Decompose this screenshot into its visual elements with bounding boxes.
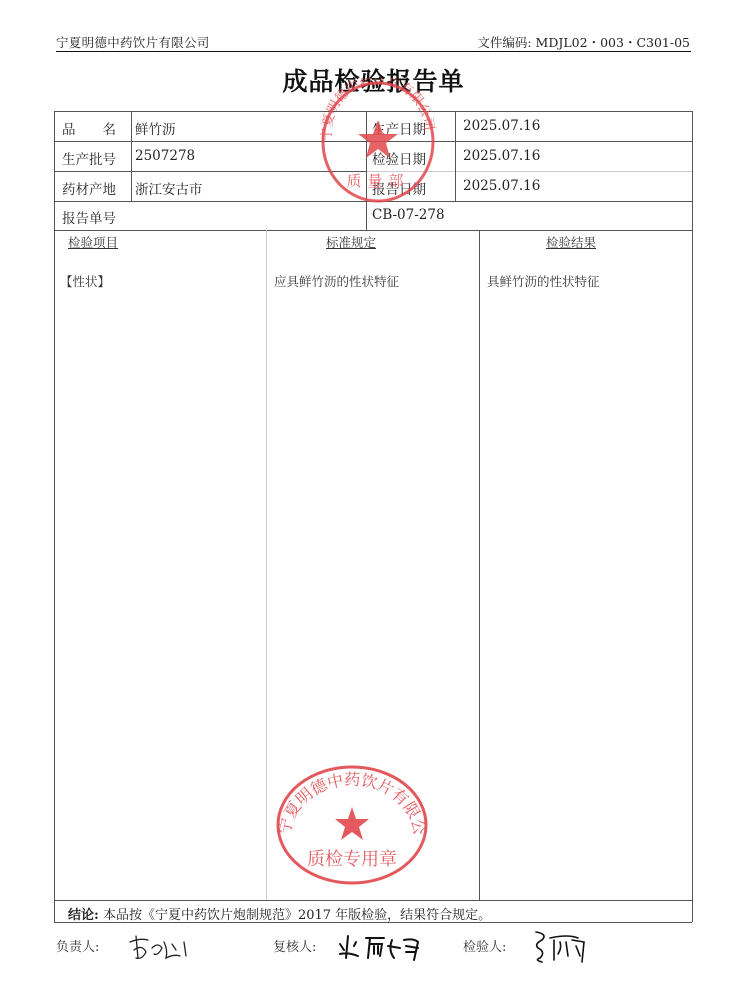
report-no-value: CB-07-278 — [372, 207, 445, 223]
reviewer-label: 复核人: — [273, 936, 316, 955]
production-date-value: 2025.07.16 — [463, 118, 540, 134]
company-name: 宁夏明德中药饮片有限公司 — [56, 33, 210, 51]
col-divider — [366, 111, 367, 230]
origin-label: 药材产地 — [62, 178, 116, 198]
reviewer-signature — [334, 928, 429, 966]
row-divider — [366, 171, 692, 172]
col-divider — [479, 230, 480, 900]
batch-value: 2507278 — [135, 148, 195, 164]
document-code-value: MDJL02・003・C301-05 — [536, 35, 690, 50]
inspector-label: 检验人: — [463, 936, 506, 955]
col-divider — [266, 230, 267, 900]
inspector-signature — [528, 928, 598, 968]
row-divider — [54, 171, 366, 172]
conclusion: 结论: 本品按《宁夏中药饮片炮制规范》2017 年版检验，结果符合规定。 — [68, 904, 491, 923]
responsible-signature — [128, 928, 198, 966]
conclusion-text: 本品按《宁夏中药饮片炮制规范》2017 年版检验，结果符合规定。 — [103, 908, 491, 923]
product-name-value: 鲜竹沥 — [135, 118, 176, 138]
responsible-label: 负责人: — [56, 936, 99, 955]
document-code-label: 文件编码: — [477, 35, 531, 50]
report-no-label: 报告单号 — [62, 207, 116, 227]
col-divider — [131, 111, 132, 201]
inspection-date-value: 2025.07.16 — [463, 148, 540, 164]
col-divider — [455, 111, 456, 201]
inspection-report-table: 品 名 鲜竹沥 生产批号 2507278 药材产地 浙江安古市 报告单号 CB-… — [54, 111, 692, 922]
row-divider — [54, 230, 692, 231]
row-result: 具鲜竹沥的性状特征 — [487, 272, 600, 290]
document-code: 文件编码: MDJL02・003・C301-05 — [477, 33, 690, 51]
production-date-label: 生产日期 — [372, 118, 426, 138]
report-date-label: 报告日期 — [372, 178, 426, 198]
conclusion-divider — [54, 900, 692, 901]
column-header-item: 检验项目 — [68, 233, 118, 251]
product-name-label: 品 名 — [62, 118, 116, 138]
batch-label: 生产批号 — [62, 148, 116, 168]
table-border-left — [54, 111, 55, 922]
row-divider — [54, 201, 692, 202]
conclusion-label: 结论: — [68, 908, 99, 923]
page-title: 成品检验报告单 — [0, 62, 747, 98]
origin-value: 浙江安古市 — [135, 178, 203, 198]
column-header-standard: 标准规定 — [326, 233, 376, 251]
column-header-result: 检验结果 — [546, 233, 596, 251]
row-standard: 应具鲜竹沥的性状特征 — [274, 272, 399, 290]
row-item: 【性状】 — [60, 272, 110, 290]
header-divider — [56, 51, 691, 52]
table-border-right — [692, 111, 693, 922]
report-date-value: 2025.07.16 — [463, 178, 540, 194]
table-border-top — [54, 111, 692, 112]
row-divider — [54, 141, 692, 142]
inspection-date-label: 检验日期 — [372, 148, 426, 168]
